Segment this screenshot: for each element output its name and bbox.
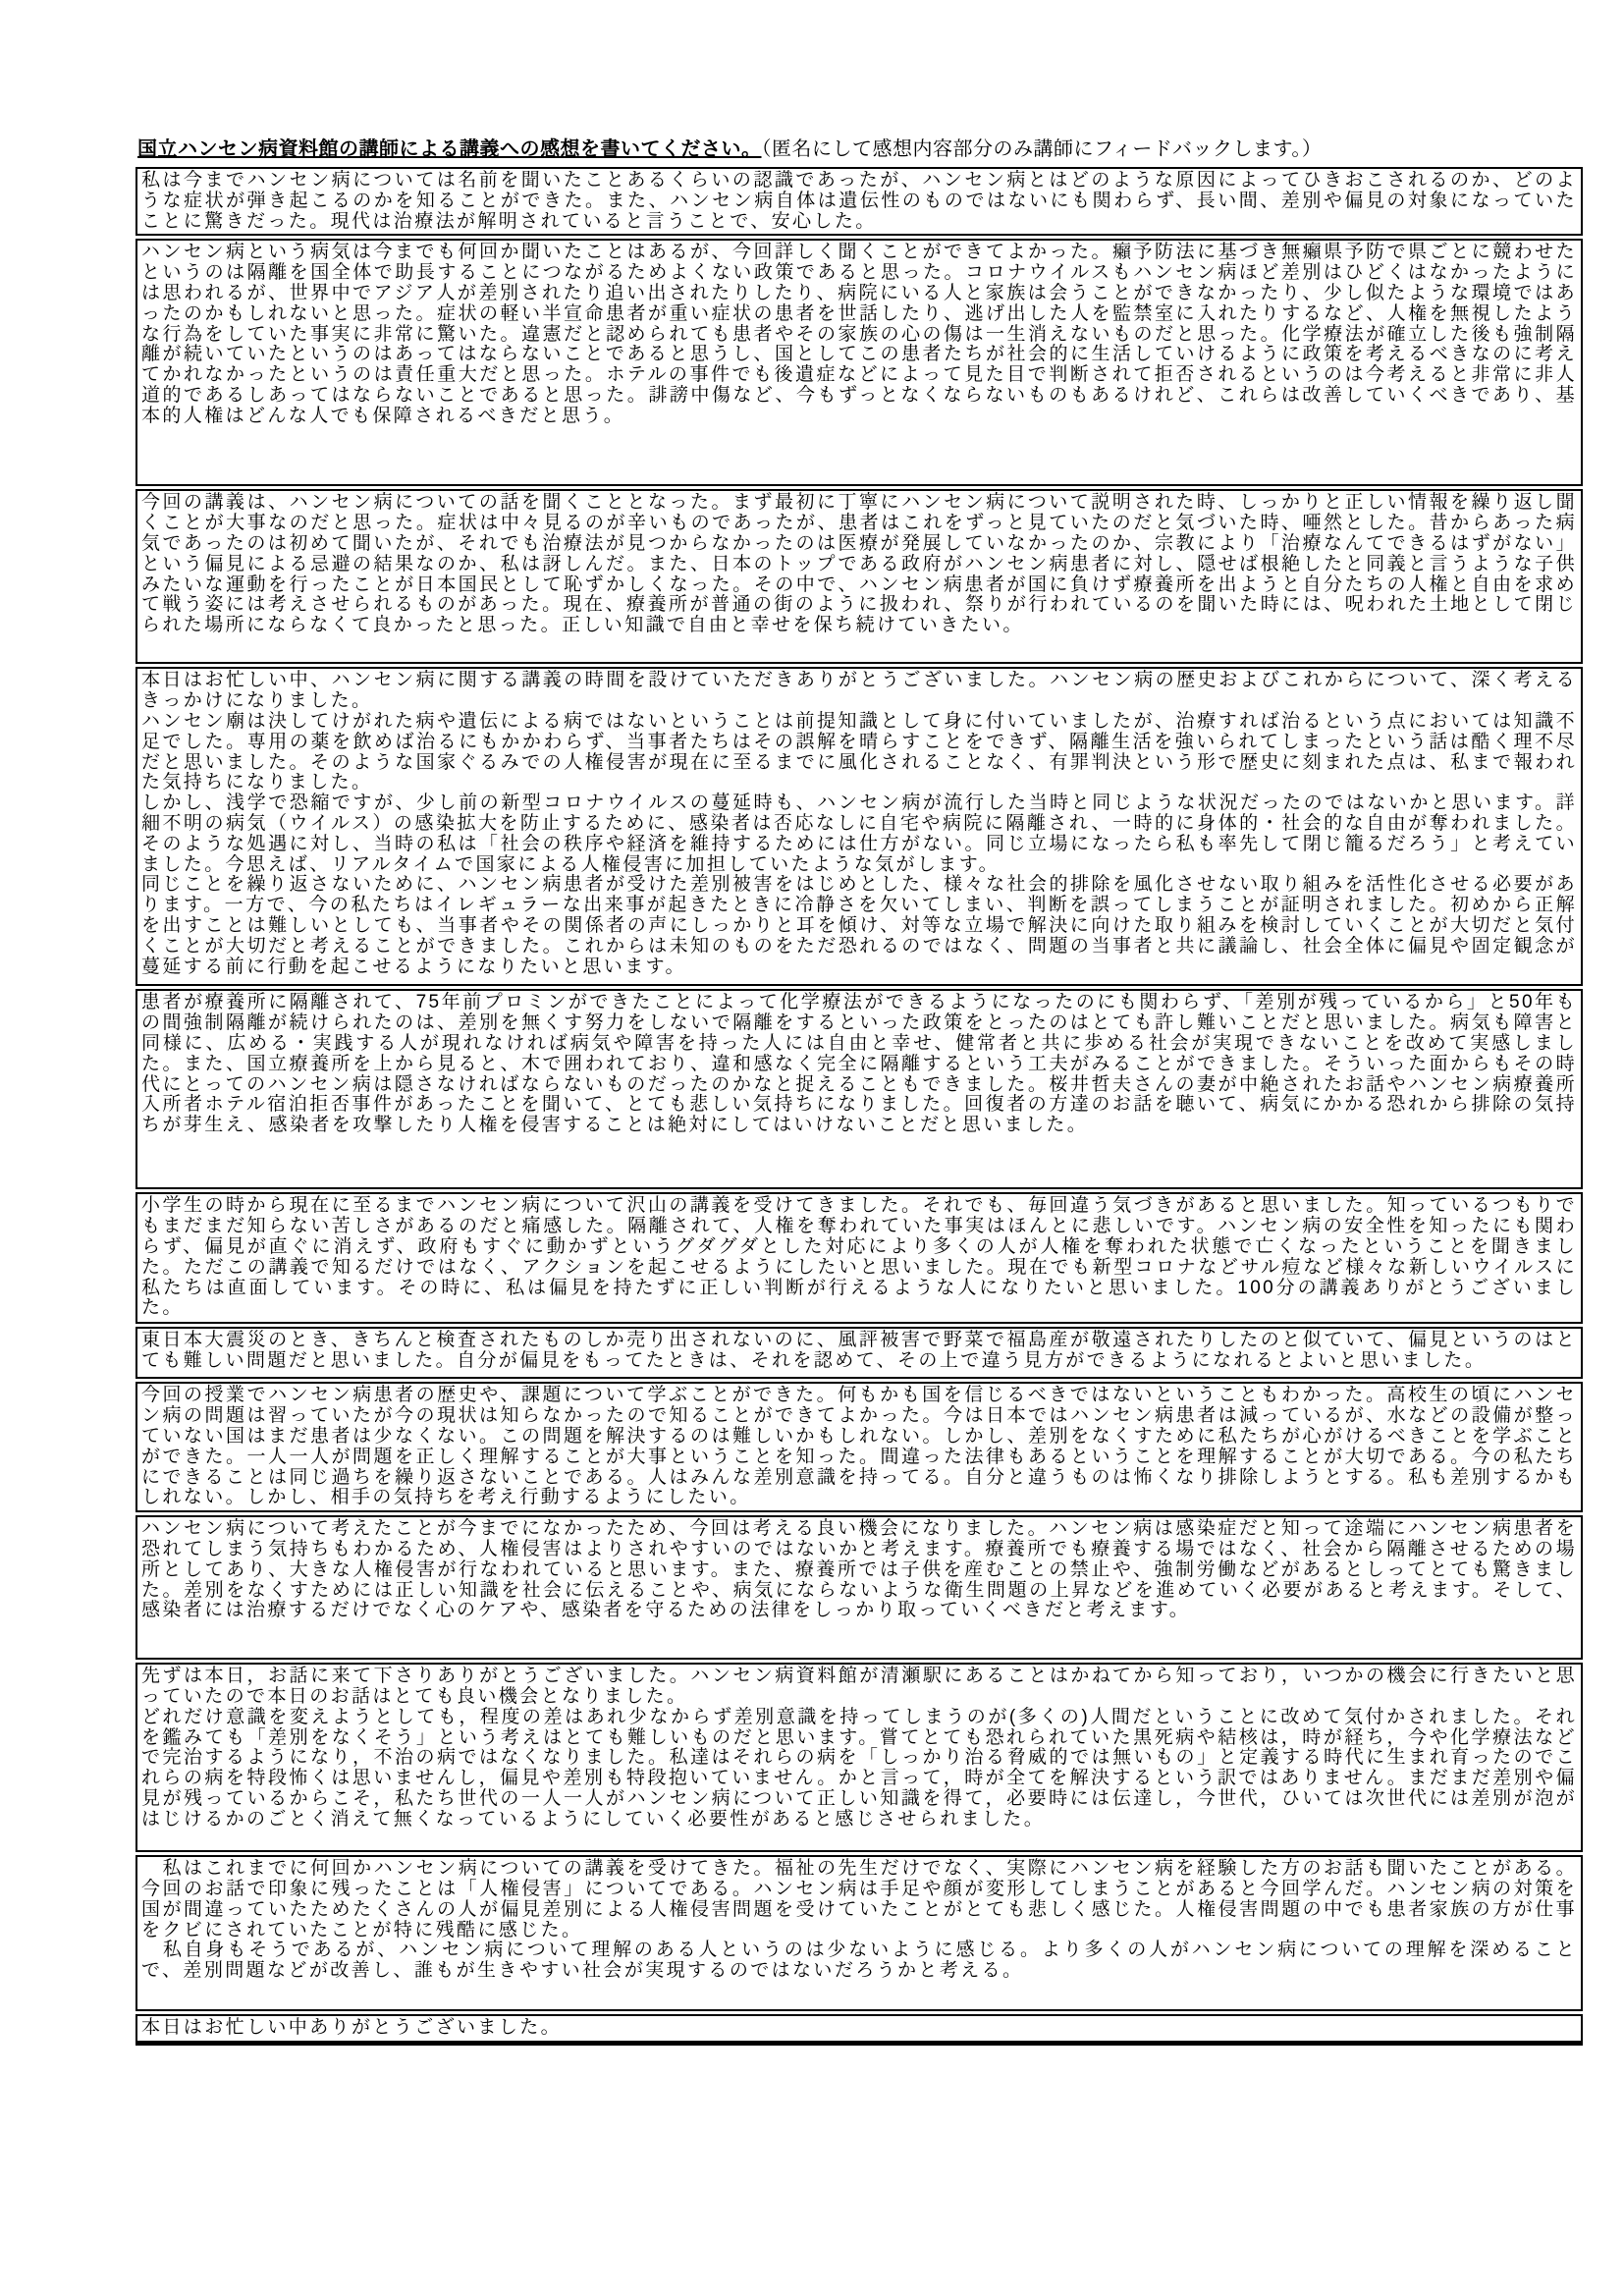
- feedback-paragraph: 先ずは本日，お話に来て下さりありがとうございました。ハンセン病資料館が清瀬駅にあ…: [141, 1667, 1577, 1708]
- feedback-paragraph: 東日本大震災のとき、きちんと検査されたものしか売り出されないのに、風評被害で野菜…: [141, 1331, 1577, 1372]
- feedback-paragraph: 本日はお忙しい中、ハンセン病に関する講義の時間を設けていただきありがとうございま…: [141, 671, 1577, 712]
- feedback-block: 患者が療養所に隔離されて、75年前プロミンができたことによって化学療法ができるよ…: [135, 989, 1583, 1189]
- feedback-block: 私はこれまでに何回かハンセン病についての講義を受けてきた。福祉の先生だけでなく、…: [135, 1855, 1583, 2011]
- feedback-paragraph: 私はこれまでに何回かハンセン病についての講義を受けてきた。福祉の先生だけでなく、…: [141, 1859, 1577, 1941]
- feedback-block: 東日本大震災のとき、きちんと検査されたものしか売り出されないのに、風評被害で野菜…: [135, 1327, 1583, 1379]
- feedback-paragraph: ハンセン廟は決してけがれた病や遺伝による病ではないということは前提知識として身に…: [141, 712, 1577, 793]
- feedback-paragraph: 私自身もそうであるが、ハンセン病について理解のある人というのは少ないように感じる…: [141, 1941, 1577, 1982]
- feedback-paragraph: しかし、浅学で恐縮ですが、少し前の新型コロナウイルスの蔓延時も、ハンセン病が流行…: [141, 793, 1577, 875]
- feedback-paragraph: ハンセン病について考えたことが今までになかったため、今回は考える良い機会になりま…: [141, 1519, 1577, 1621]
- document-title-main: 国立ハンセン病資料館の講師による講義への感想を書いてください。: [137, 138, 762, 160]
- closing-note-block: 本日はお忙しい中ありがとうございました。: [135, 2014, 1583, 2046]
- document-title: 国立ハンセン病資料館の講師による講義への感想を書いてください。（匿名にして感想内…: [137, 137, 1583, 161]
- document-title-note: （匿名にして感想内容部分のみ講師にフィードバックします。）: [762, 138, 1323, 160]
- feedback-paragraph: 同じことを繰り返さないために、ハンセン病患者が受けた差別被害をはじめとした、様々…: [141, 875, 1577, 977]
- feedback-block: 先ずは本日，お話に来て下さりありがとうございました。ハンセン病資料館が清瀬駅にあ…: [135, 1663, 1583, 1852]
- feedback-block-list: 私は今までハンセン病については名前を聞いたことあるくらいの認識であったが、ハンセ…: [135, 167, 1583, 2046]
- feedback-paragraph: 患者が療養所に隔離されて、75年前プロミンができたことによって化学療法ができるよ…: [141, 993, 1577, 1136]
- feedback-block: 本日はお忙しい中、ハンセン病に関する講義の時間を設けていただきありがとうございま…: [135, 667, 1583, 986]
- feedback-block: 今回の授業でハンセン病患者の歴史や、課題について学ぶことができた。何もかも国を信…: [135, 1382, 1583, 1512]
- feedback-paragraph: ハンセン病という病気は今までも何回か聞いたことはあるが、今回詳しく聞くことができ…: [141, 243, 1577, 426]
- feedback-paragraph: 今回の講義は、ハンセン病についての話を聞くこととなった。まず最初に丁寧にハンセン…: [141, 493, 1577, 636]
- feedback-paragraph: 本日はお忙しい中ありがとうございました。: [141, 2018, 562, 2039]
- feedback-block: 私は今までハンセン病については名前を聞いたことあるくらいの認識であったが、ハンセ…: [135, 167, 1583, 236]
- feedback-block: 今回の講義は、ハンセン病についての話を聞くこととなった。まず最初に丁寧にハンセン…: [135, 489, 1583, 664]
- feedback-paragraph: どれだけ意識を変えようとしても，程度の差はあれ少なからず差別意識を持ってしまうの…: [141, 1708, 1577, 1831]
- feedback-block: ハンセン病という病気は今までも何回か聞いたことはあるが、今回詳しく聞くことができ…: [135, 239, 1583, 486]
- document-page: 国立ハンセン病資料館の講師による講義への感想を書いてください。（匿名にして感想内…: [0, 0, 1624, 2296]
- feedback-paragraph: 今回の授業でハンセン病患者の歴史や、課題について学ぶことができた。何もかも国を信…: [141, 1386, 1577, 1508]
- document-content: 国立ハンセン病資料館の講師による講義への感想を書いてください。（匿名にして感想内…: [135, 137, 1583, 2049]
- feedback-paragraph: 小学生の時から現在に至るまでハンセン病について沢山の講義を受けてきました。それで…: [141, 1196, 1577, 1319]
- feedback-block: ハンセン病について考えたことが今までになかったため、今回は考える良い機会になりま…: [135, 1515, 1583, 1660]
- feedback-paragraph: 私は今までハンセン病については名前を聞いたことあるくらいの認識であったが、ハンセ…: [141, 171, 1577, 232]
- feedback-block: 小学生の時から現在に至るまでハンセン病について沢山の講義を受けてきました。それで…: [135, 1192, 1583, 1324]
